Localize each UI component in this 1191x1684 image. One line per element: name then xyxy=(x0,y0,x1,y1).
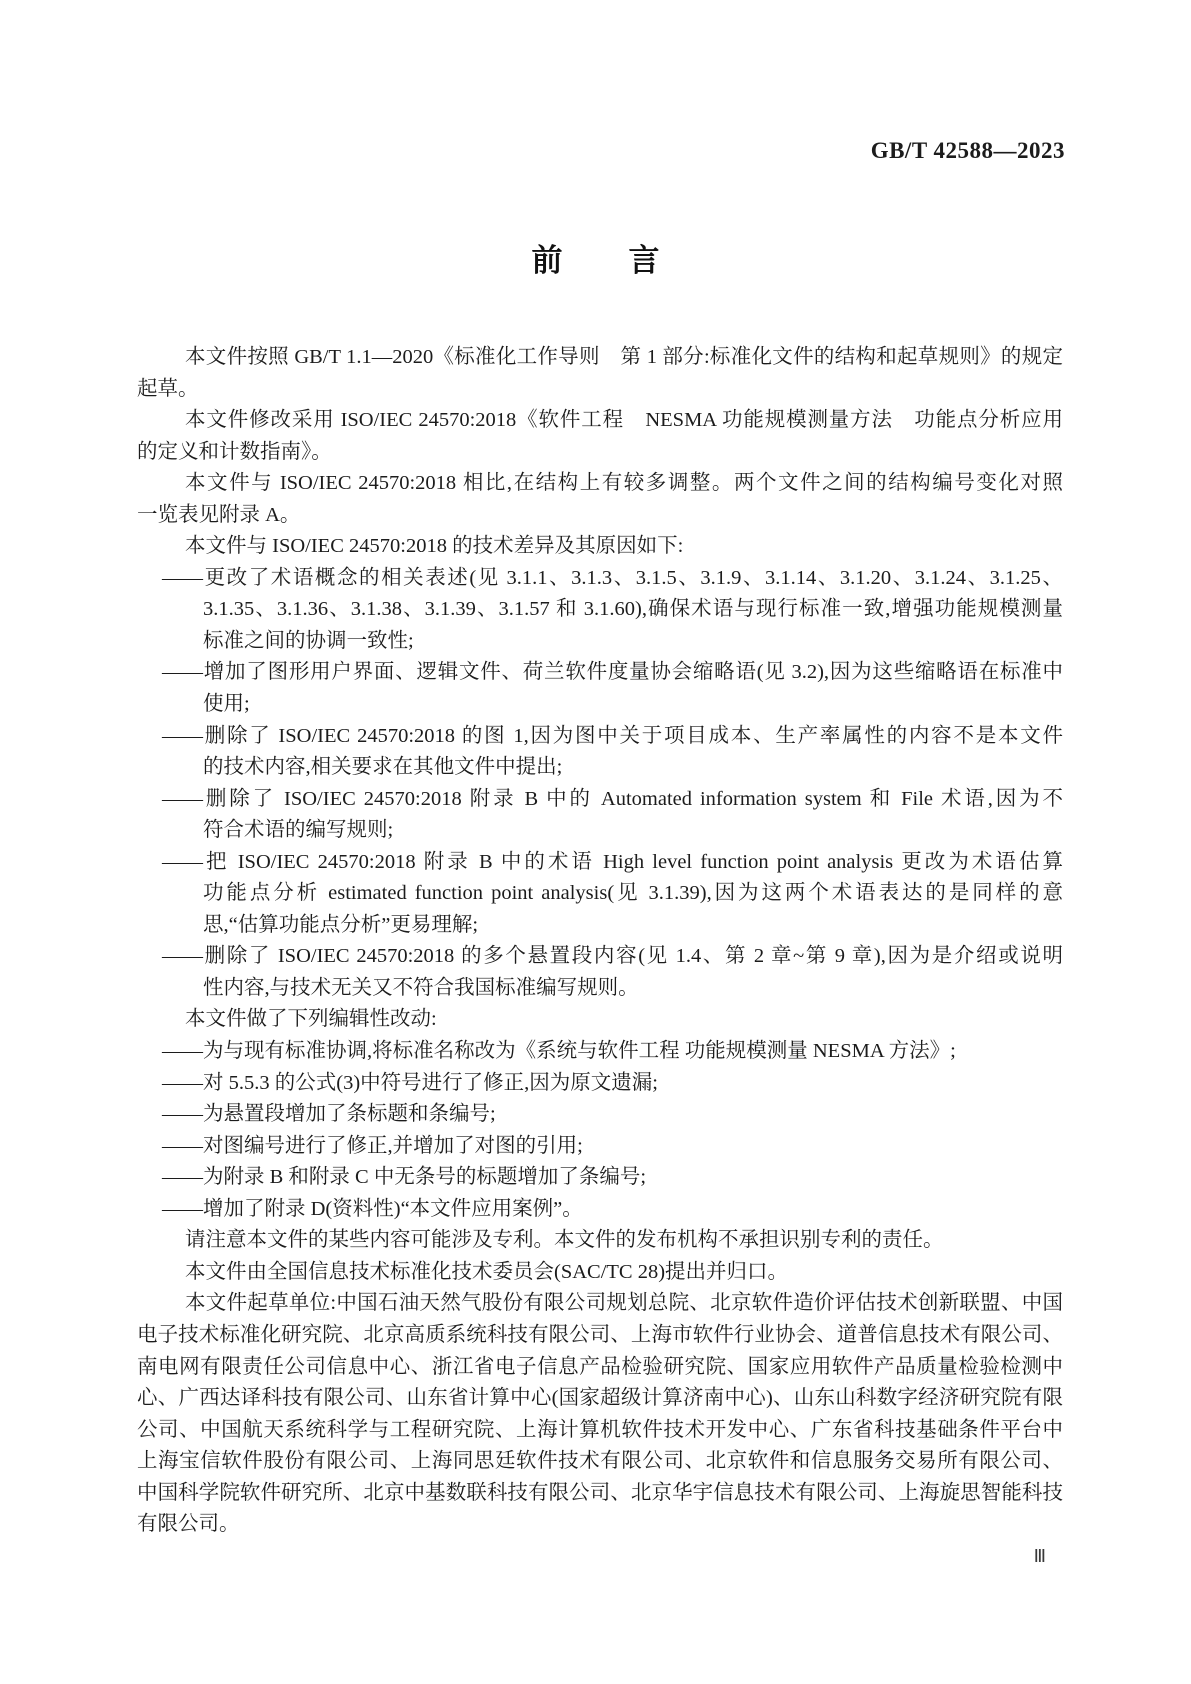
text-line: ——删除了 ISO/IEC 24570:2018 的多个悬置段内容(见 1.4、… xyxy=(137,941,1063,973)
text-line: ——对图编号进行了修正,并增加了对图的引用; xyxy=(137,1131,1063,1163)
text-line: ——为悬置段增加了条标题和条编号; xyxy=(137,1099,1063,1131)
text-line: 本文件做了下列编辑性改动: xyxy=(137,1004,1063,1036)
document-page: GB/T 42588—2023 前言 本文件按照 GB/T 1.1—2020《标… xyxy=(0,0,1191,1684)
text-line: 本文件按照 GB/T 1.1—2020《标准化工作导则 第 1 部分:标准化文件… xyxy=(137,342,1063,374)
text-line: 南电网有限责任公司信息中心、浙江省电子信息产品检验研究院、国家应用软件产品质量检… xyxy=(137,1352,1063,1384)
text-line: 本文件由全国信息技术标准化技术委员会(SAC/TC 28)提出并归口。 xyxy=(137,1257,1063,1289)
text-line: 公司、中国航天系统科学与工程研究院、上海计算机软件技术开发中心、广东省科技基础条… xyxy=(137,1415,1063,1447)
text-line: 上海宝信软件股份有限公司、上海同思廷软件技术有限公司、北京软件和信息服务交易所有… xyxy=(137,1446,1063,1478)
text-line: 使用; xyxy=(137,689,1063,721)
text-line: 的技术内容,相关要求在其他文件中提出; xyxy=(137,752,1063,784)
text-line: 本文件起草单位:中国石油天然气股份有限公司规划总院、北京软件造价评估技术创新联盟… xyxy=(137,1288,1063,1320)
text-line: 思,“估算功能点分析”更易理解; xyxy=(137,910,1063,942)
text-line: 的定义和计数指南》。 xyxy=(137,437,1063,469)
text-line: 本文件修改采用 ISO/IEC 24570:2018《软件工程 NESMA 功能… xyxy=(137,405,1063,437)
text-line: ——把 ISO/IEC 24570:2018 附录 B 中的术语 High le… xyxy=(137,847,1063,879)
text-line: 本文件与 ISO/IEC 24570:2018 的技术差异及其原因如下: xyxy=(137,531,1063,563)
text-line: ——增加了附录 D(资料性)“本文件应用案例”。 xyxy=(137,1194,1063,1226)
text-line: ——增加了图形用户界面、逻辑文件、荷兰软件度量协会缩略语(见 3.2),因为这些… xyxy=(137,657,1063,689)
text-line: 本文件与 ISO/IEC 24570:2018 相比,在结构上有较多调整。两个文… xyxy=(137,468,1063,500)
text-line: 有限公司。 xyxy=(137,1509,1063,1541)
text-line: 心、广西达译科技有限公司、山东省计算中心(国家超级计算济南中心)、山东山科数字经… xyxy=(137,1383,1063,1415)
text-line: 中国科学院软件研究所、北京中基数联科技有限公司、北京华宇信息技术有限公司、上海旋… xyxy=(137,1478,1063,1510)
text-line: ——为附录 B 和附录 C 中无条号的标题增加了条编号; xyxy=(137,1162,1063,1194)
title-char-qian: 前 xyxy=(532,243,563,278)
page-title: 前言 xyxy=(0,244,1191,278)
text-line: 符合术语的编写规则; xyxy=(137,815,1063,847)
text-line: 请注意本文件的某些内容可能涉及专利。本文件的发布机构不承担识别专利的责任。 xyxy=(137,1225,1063,1257)
text-line: ——删除了 ISO/IEC 24570:2018 附录 B 中的 Automat… xyxy=(137,784,1063,816)
text-line: 功能点分析 estimated function point analysis(… xyxy=(137,878,1063,910)
text-line: 性内容,与技术无关又不符合我国标准编写规则。 xyxy=(137,973,1063,1005)
foreword-body: 本文件按照 GB/T 1.1—2020《标准化工作导则 第 1 部分:标准化文件… xyxy=(137,342,1063,1541)
text-line: 起草。 xyxy=(137,374,1063,406)
title-char-yan: 言 xyxy=(629,243,660,278)
text-line: 标准之间的协调一致性; xyxy=(137,626,1063,658)
text-line: ——为与现有标准协调,将标准名称改为《系统与软件工程 功能规模测量 NESMA … xyxy=(137,1036,1063,1068)
text-line: ——删除了 ISO/IEC 24570:2018 的图 1,因为图中关于项目成本… xyxy=(137,721,1063,753)
text-line: 电子技术标准化研究院、北京高质系统科技有限公司、上海市软件行业协会、道普信息技术… xyxy=(137,1320,1063,1352)
text-line: ——更改了术语概念的相关表述(见 3.1.1、3.1.3、3.1.5、3.1.9… xyxy=(137,563,1063,595)
page-number: Ⅲ xyxy=(1034,1546,1046,1567)
text-line: 3.1.35、3.1.36、3.1.38、3.1.39、3.1.57 和 3.1… xyxy=(137,594,1063,626)
standard-designation: GB/T 42588—2023 xyxy=(871,138,1065,164)
text-line: ——对 5.5.3 的公式(3)中符号进行了修正,因为原文遗漏; xyxy=(137,1068,1063,1100)
text-line: 一览表见附录 A。 xyxy=(137,500,1063,532)
